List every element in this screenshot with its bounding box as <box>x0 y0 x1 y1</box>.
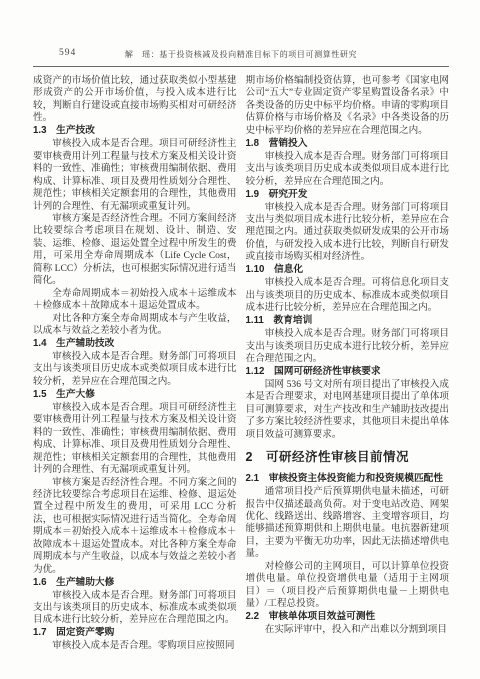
paragraph: 通常项目投产后预算期供电量未描述，可研报告中仅描述最高负荷。对于变电站改造、网架… <box>246 486 450 561</box>
section-heading: 1.10 信息化 <box>246 264 450 276</box>
paragraph: 审核方案是否经济性合理。不同方案之间的经济比较要综合考虑项目在运维、检修、退运处… <box>33 477 237 577</box>
column-left: 成资产的市场价值比较，通过获取类似小型基建形成资产的公开市场价值，与投入成本进行… <box>33 75 237 653</box>
paper-page: 594 解 瑶：基于投资核减及投向精准目标下的项目可测算性研究 成资产的市场价值… <box>0 0 480 679</box>
section-heading: 1.8 营销投入 <box>246 138 450 150</box>
paragraph: 审核投入成本是否合理。财务部门可将项目支出与类似项目成本进行比较分析，差异应在合… <box>246 202 450 264</box>
column-right: 期市场价格编制投资估算，也可参考《国家电网公司“五大”专业固定资产零星购置设备名… <box>246 75 450 653</box>
section-heading: 1.12 国网可研经济性审核要求 <box>246 366 450 378</box>
section-heading: 2.2 审核单体项目效益可测性 <box>246 611 450 623</box>
page-header: 594 解 瑶：基于投资核减及投向精准目标下的项目可测算性研究 <box>33 46 449 62</box>
paragraph: 在实际评审中，投入和产出难以分割到项目 <box>246 624 450 636</box>
section-heading: 1.5 生产大修 <box>33 389 237 401</box>
paragraph: 国网 536 号文对所有项目提出了审核投入成本是否合理要求，对电网基建项目提出了… <box>246 379 450 441</box>
paragraph: 审核投入成本是否合理。财务部门可将项目支出与该类项目历史成本进行比较分析，差异应… <box>246 328 450 365</box>
paragraph: 审核投入成本是否合理。财务部门可将项目支出与该类项目历史成本或类似项目成本进行比… <box>33 351 237 388</box>
section-heading: 1.3 生产技改 <box>33 125 237 137</box>
paragraph: 对检修公司的主网项目，可以计算单位投资增供电量。单位投资增供电量（适用于主网项目… <box>246 561 450 611</box>
section-heading: 1.4 生产辅助技改 <box>33 338 237 350</box>
paragraph: 审核方案是否经济性合理。不同方案间经济比较要综合考虑项目在规划、设计、制造、安装… <box>33 213 237 288</box>
paragraph: 审核投入成本是否合理。项目可研经济性主要审核费用计列工程量与技术方案及相关设计资… <box>33 402 237 477</box>
paragraph: 审核投入成本是否合理。财务部门可将项目支出与该类项目历史成本或类似项目成本进行比… <box>246 151 450 188</box>
paragraph: 审核投入成本是否合理。可将信息化项目支出与该类项目的历史成本、标准成本或类似项目… <box>246 277 450 314</box>
paragraph: 审核投入成本是否合理。项目可研经济性主要审核费用计列工程量与技术方案及相关设计资… <box>33 138 237 213</box>
text-columns: 成资产的市场价值比较，通过获取类似小型基建形成资产的公开市场价值，与投入成本进行… <box>33 75 449 653</box>
paragraph: 全寿命周期成本＝初始投入成本＋运维成本＋检修成本＋故障成本＋退运处置成本。 <box>33 288 237 313</box>
section-heading: 2 可研经济性审核目前情况 <box>246 450 450 465</box>
section-heading: 1.7 固定资产零购 <box>33 627 237 639</box>
section-heading: 1.6 生产辅助大修 <box>33 577 237 589</box>
header-rule <box>33 66 449 67</box>
paragraph: 成资产的市场价值比较，通过获取类似小型基建形成资产的公开市场价值，与投入成本进行… <box>33 75 237 125</box>
section-heading: 1.11 教育培训 <box>246 315 450 327</box>
paragraph: 期市场价格编制投资估算，也可参考《国家电网公司“五大”专业固定资产零星购置设备名… <box>246 75 450 137</box>
paragraph: 审核投入成本是否合理。零购项目应按照同 <box>33 640 237 652</box>
running-title: 解 瑶：基于投资核减及投向精准目标下的项目可测算性研究 <box>33 49 449 60</box>
paragraph: 对比各种方案全寿命周期成本与产生收益，以成本与效益之差较小者为优。 <box>33 313 237 338</box>
section-heading: 1.9 研究开发 <box>246 189 450 201</box>
paragraph: 审核投入成本是否合理。财务部门可将项目支出与该类项目的历史成本、标准成本或类似项… <box>33 590 237 627</box>
section-heading: 2.1 审核投资主体投资能力和投资规模匹配性 <box>246 473 450 485</box>
